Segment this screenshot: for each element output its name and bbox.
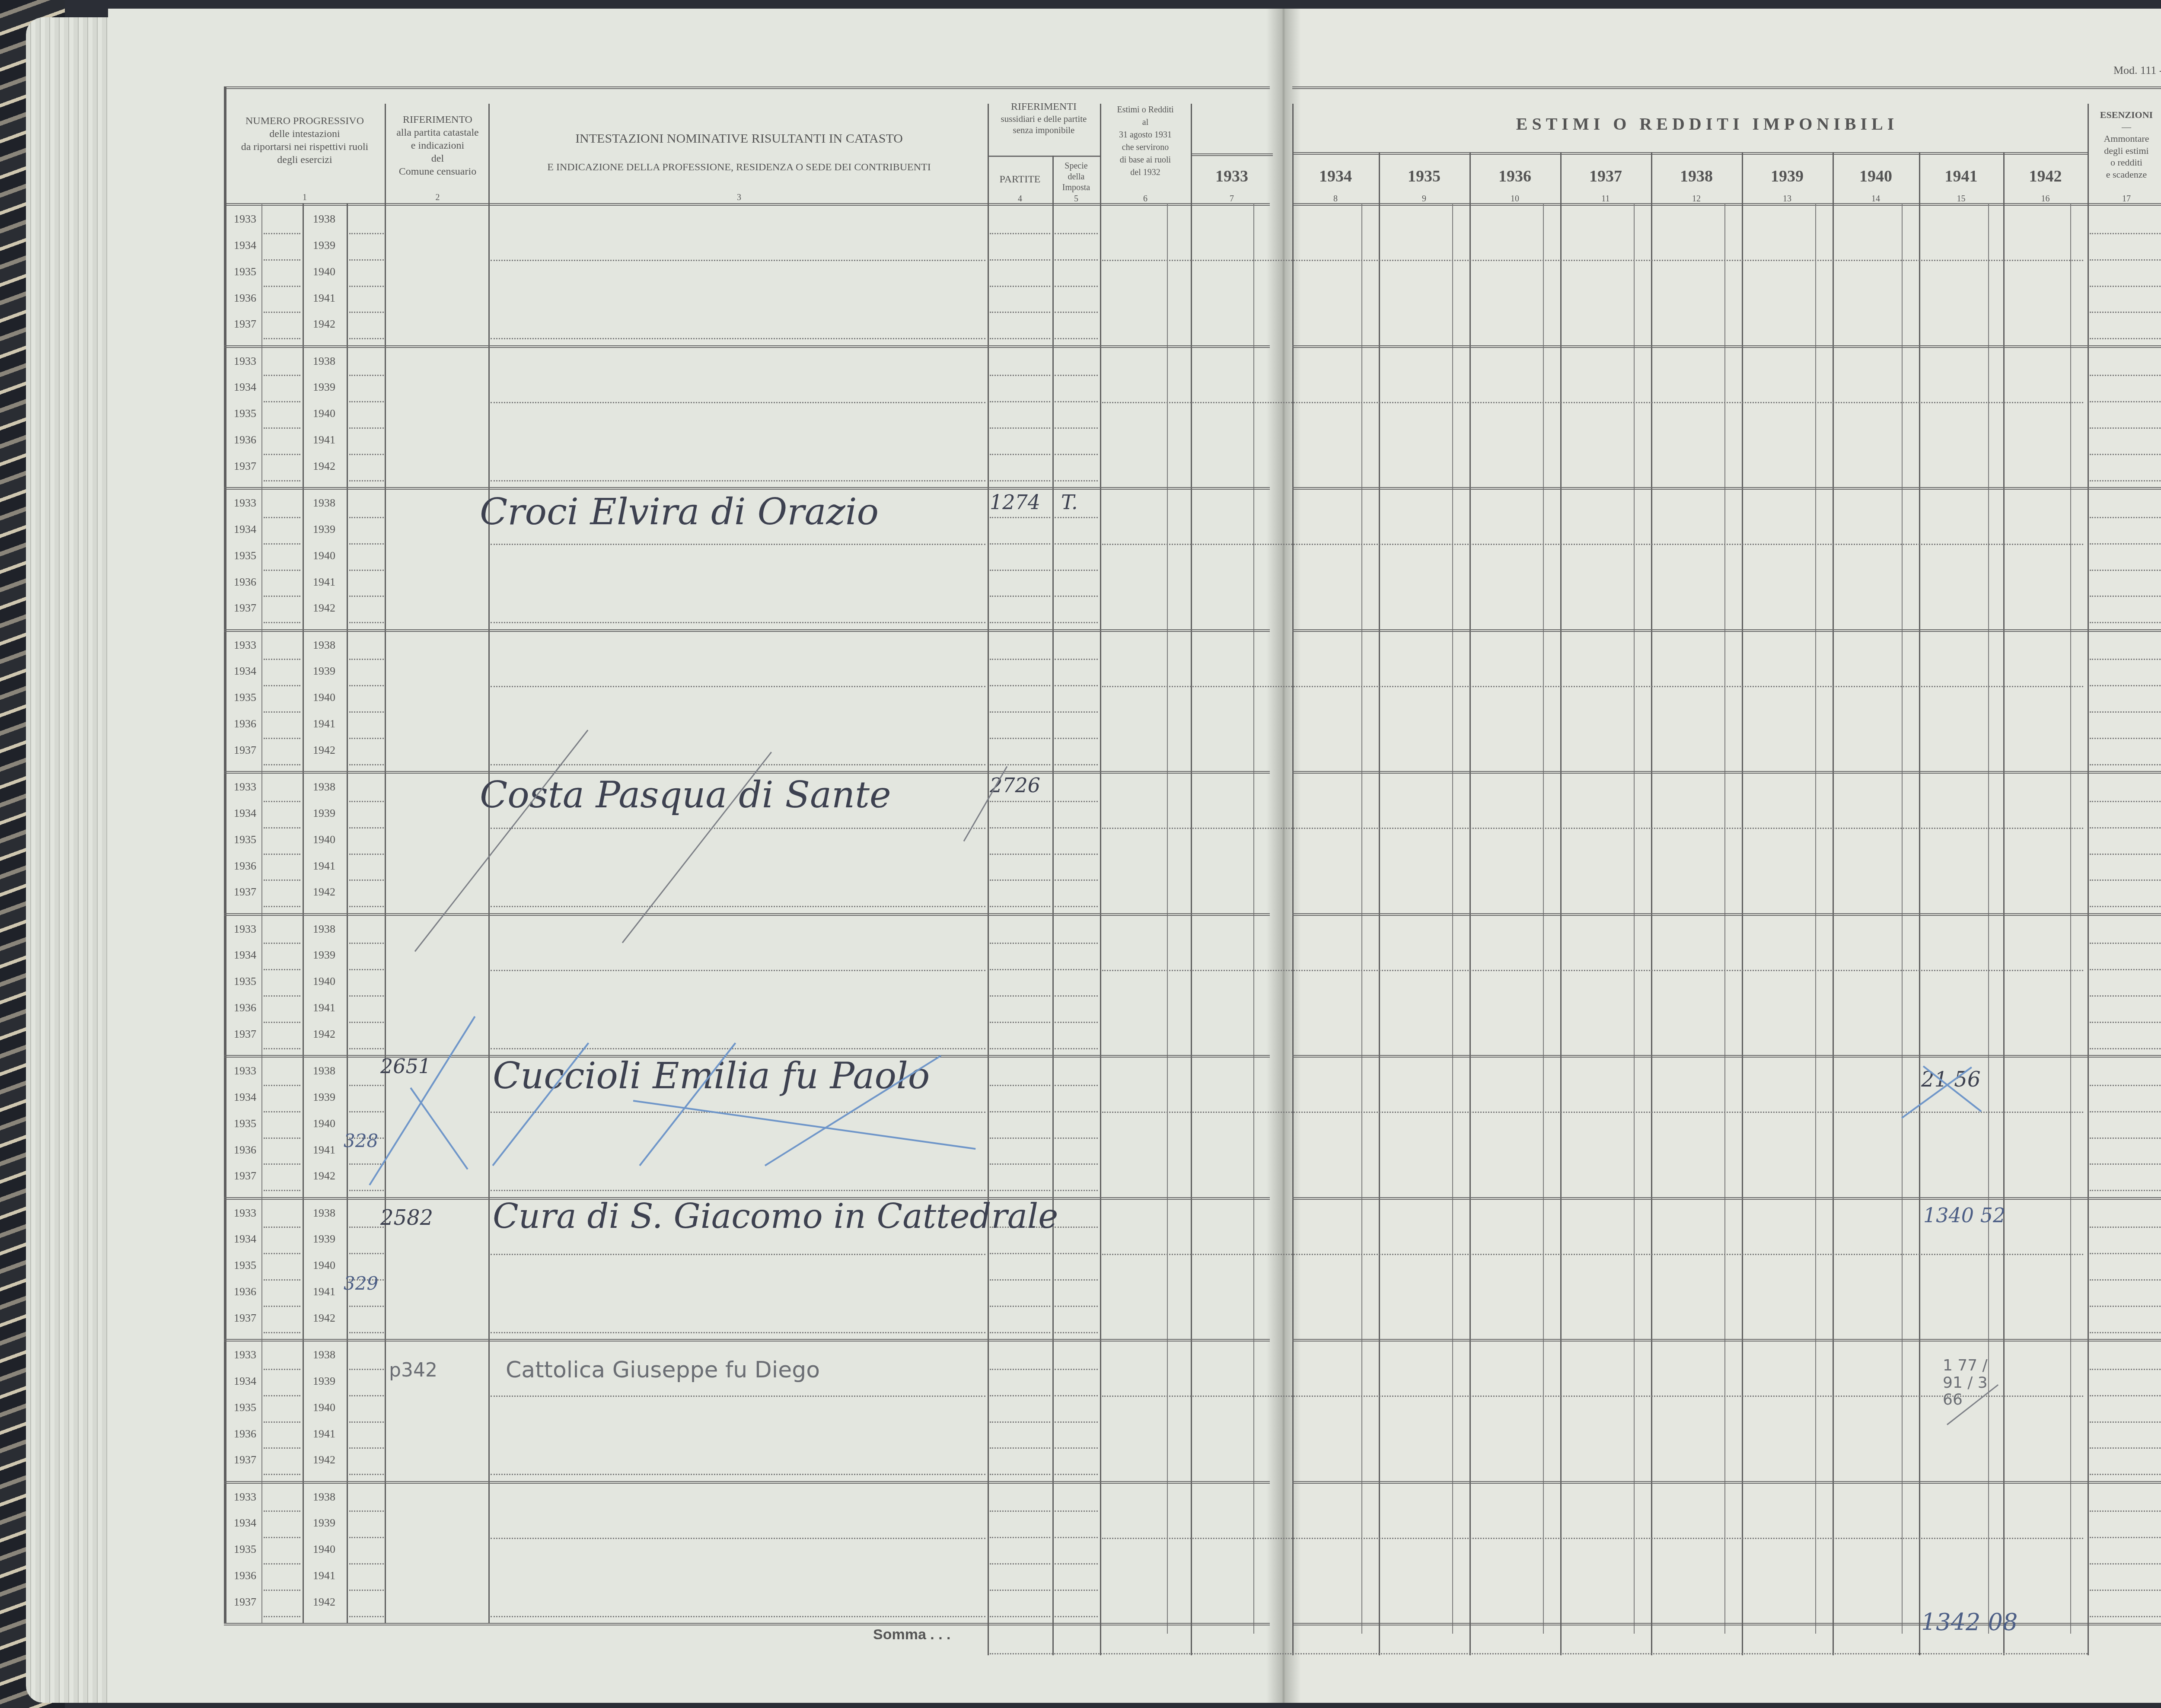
year-label: 1934: [226, 949, 265, 962]
entry-1941-cattolica: 1 77 / 91 / 3 66: [1943, 1357, 1995, 1408]
dotted-line: [1055, 764, 1098, 765]
dotted-line: [2090, 338, 2161, 339]
dotted-line: [264, 1279, 300, 1281]
dotted-line: [491, 906, 985, 907]
dotted-line: [2090, 879, 2161, 881]
entry-name-croci: Croci Elvira di Orazio: [480, 491, 879, 533]
dotted-line: [349, 1306, 384, 1307]
year-column-line: [1560, 152, 1562, 1623]
dotted-line: [2090, 286, 2161, 287]
dotted-line: [2090, 543, 2161, 545]
header-year-num: 16: [2003, 194, 2088, 204]
cents-column-line: [1634, 203, 1635, 1634]
row-separator: [1292, 913, 2161, 916]
entry-progressivo-cuccioli: 328: [344, 1130, 378, 1151]
header-col1-line: degli esercizi: [225, 153, 385, 166]
somma-column-line: [988, 1623, 989, 1655]
dotted-line: [264, 969, 300, 970]
subheader-rule: [1292, 152, 2088, 155]
dotted-line: [349, 1190, 384, 1191]
year-label: 1937: [226, 602, 265, 615]
year-label: 1939: [305, 523, 344, 536]
somma-column-line: [1919, 1623, 1920, 1655]
row-separator: [1292, 487, 2161, 490]
dotted-line: [2090, 570, 2161, 571]
dotted-line: [349, 969, 384, 970]
dotted-line: [1055, 995, 1098, 997]
dotted-line: [349, 1048, 384, 1049]
year-column-line: [2003, 152, 2005, 1623]
dotted-line: [1055, 827, 1098, 829]
dotted-line: [1055, 1085, 1098, 1086]
somma-1941-value: 1342 08: [1921, 1609, 2018, 1636]
header-col1: NUMERO PROGRESSIVO delle intestazioni da…: [225, 115, 385, 166]
year-label: 1938: [305, 923, 344, 936]
dotted-line: [349, 286, 384, 287]
dotted-line: [990, 1653, 2088, 1654]
dotted-line: [1102, 260, 2083, 261]
header-col45-title: RIFERIMENTI: [988, 100, 1100, 113]
year-label: 1940: [305, 833, 344, 846]
dotted-line: [349, 827, 384, 829]
year-label: 1933: [226, 1491, 265, 1504]
year-label: 1933: [226, 1064, 265, 1077]
year-label: 1941: [305, 576, 344, 589]
row-separator: [1292, 1055, 2161, 1058]
year-label: 1937: [226, 1028, 265, 1041]
row-separator: [1292, 1481, 2161, 1484]
dotted-line: [1055, 1590, 1098, 1591]
dotted-line: [264, 1022, 300, 1023]
dotted-line: [990, 233, 1050, 234]
header-col1-title: NUMERO PROGRESSIVO: [225, 115, 385, 127]
dotted-line: [1055, 427, 1098, 429]
header-year-1941: 1941: [1919, 166, 2003, 187]
dotted-line: [491, 260, 985, 261]
year-label: 1941: [305, 1285, 344, 1298]
dotted-line: [349, 233, 384, 234]
year-label: 1933: [226, 213, 265, 226]
dotted-line: [2090, 1537, 2161, 1538]
year-label: 1942: [305, 1453, 344, 1466]
dotted-line: [1055, 685, 1098, 686]
header-col2: RIFERIMENTO alla partita catastale e ind…: [387, 113, 488, 178]
dotted-line: [264, 738, 300, 739]
year-label: 1940: [305, 1117, 344, 1130]
header-col2-line: alla partita catastale: [387, 126, 488, 139]
dotted-line: [264, 764, 300, 765]
dotted-line: [990, 685, 1050, 686]
dotted-line: [491, 402, 985, 403]
year-label: 1941: [305, 1144, 344, 1157]
somma-column-line: [1560, 1623, 1562, 1655]
header-col6-line: che servirono: [1100, 141, 1191, 154]
year-label: 1938: [305, 1491, 344, 1504]
year-label: 1936: [226, 1569, 265, 1582]
header-col6-num: 6: [1100, 194, 1191, 204]
header-year-num: 14: [1833, 194, 1919, 204]
year-label: 1933: [226, 355, 265, 368]
dotted-line: [1055, 543, 1098, 545]
dotted-line: [349, 517, 384, 518]
dotted-line: [349, 1537, 384, 1538]
year-column-line: [1651, 152, 1652, 1623]
cents-column-line: [1253, 203, 1254, 1634]
dotted-line: [491, 1332, 985, 1333]
dotted-line: [990, 1590, 1050, 1591]
year-label: 1939: [305, 807, 344, 820]
dotted-line: [264, 1590, 300, 1591]
dotted-line: [990, 427, 1050, 429]
dotted-line: [2090, 480, 2161, 481]
row-separator: [1292, 345, 2161, 348]
header-col17-line: degli estimi: [2088, 145, 2161, 157]
row-separator: [1292, 1339, 2161, 1342]
dotted-line: [349, 685, 384, 686]
dotted-line: [1102, 1538, 2083, 1539]
dotted-line: [349, 1447, 384, 1449]
year-label: 1942: [305, 1169, 344, 1182]
dotted-line: [491, 622, 985, 623]
year-label: 1934: [226, 1375, 265, 1388]
somma-column-line: [1651, 1623, 1652, 1655]
dotted-line: [264, 1332, 300, 1333]
entry-name-cuccioli: Cuccioli Emilia fu Paolo: [493, 1055, 930, 1097]
table-bottom-border: [1292, 1623, 2161, 1625]
dotted-line: [349, 854, 384, 855]
dotted-line: [349, 1616, 384, 1617]
dotted-line: [1055, 1138, 1098, 1139]
row-separator: [224, 1339, 1270, 1342]
dotted-line: [264, 1421, 300, 1423]
dotted-line: [264, 1227, 300, 1228]
somma-column-line: [1742, 1623, 1743, 1655]
dotted-line: [264, 1085, 300, 1086]
dotted-line: [1055, 1447, 1098, 1449]
header-col6: Estimi o Redditi al 31 agosto 1931 che s…: [1100, 104, 1191, 179]
dotted-line: [2090, 1395, 2161, 1396]
dotted-line: [349, 711, 384, 713]
year-label: 1933: [226, 639, 265, 652]
year-label: 1940: [305, 407, 344, 420]
dotted-line: [491, 1254, 985, 1255]
year-label: 1937: [226, 460, 265, 473]
year-label: 1938: [305, 639, 344, 652]
dotted-line: [2090, 711, 2161, 713]
year-label: 1934: [226, 381, 265, 394]
dotted-line: [990, 596, 1050, 597]
year-label: 1938: [305, 355, 344, 368]
entry-partita-croci: 1274: [990, 491, 1040, 514]
year-label: 1933: [226, 923, 265, 936]
dotted-line: [1055, 1616, 1098, 1617]
year-label: 1941: [305, 1428, 344, 1440]
dotted-line: [491, 970, 985, 971]
dotted-line: [2090, 995, 2161, 997]
year-label: 1934: [226, 1517, 265, 1530]
dotted-line: [990, 1332, 1050, 1333]
dotted-line: [1055, 854, 1098, 855]
dotted-line: [990, 711, 1050, 713]
column-line: [1052, 156, 1054, 1623]
dotted-line: [1055, 454, 1098, 455]
row-separator: [224, 1481, 1270, 1484]
header-year-1935: 1935: [1379, 166, 1469, 187]
dotted-line: [2090, 1510, 2161, 1512]
subheader-rule: [988, 156, 1100, 157]
dotted-line: [491, 338, 985, 339]
dotted-line: [2090, 427, 2161, 429]
year-label: 1934: [226, 807, 265, 820]
year-label: 1939: [305, 665, 344, 678]
year-label: 1935: [226, 1543, 265, 1556]
year-column-line: [1469, 152, 1471, 1623]
year-label: 1934: [226, 523, 265, 536]
year-column-line: [1833, 152, 1834, 1623]
dotted-line: [349, 338, 384, 339]
dotted-line: [349, 454, 384, 455]
year-label: 1940: [305, 549, 344, 562]
dotted-line: [1055, 711, 1098, 713]
header-year-num: 15: [1919, 194, 2003, 204]
dotted-line: [2090, 1163, 2161, 1165]
year-label: 1940: [305, 975, 344, 988]
dotted-line: [349, 570, 384, 571]
dotted-line: [1055, 596, 1098, 597]
year-label: 1940: [305, 265, 344, 278]
dotted-line: [264, 454, 300, 455]
dotted-line: [2090, 738, 2161, 739]
header-col17-num: 17: [2088, 194, 2161, 204]
year-label: 1939: [305, 381, 344, 394]
dotted-line: [1055, 659, 1098, 660]
header-col5-line: della: [1052, 172, 1100, 182]
column-line: [1191, 104, 1192, 1623]
dotted-line: [990, 1138, 1050, 1139]
dotted-line: [349, 1510, 384, 1512]
row-separator: [224, 487, 1270, 490]
header-col6-line: del 1932: [1100, 166, 1191, 179]
dotted-line: [2090, 969, 2161, 970]
year-label: 1933: [226, 1348, 265, 1361]
year-label: 1941: [305, 1569, 344, 1582]
year-label: 1937: [226, 318, 265, 331]
dotted-line: [349, 1111, 384, 1112]
dotted-line: [1055, 943, 1098, 944]
year-label: 1935: [226, 1259, 265, 1272]
year-label: 1941: [305, 1001, 344, 1014]
dotted-line: [2090, 596, 2161, 597]
year-label: 1938: [305, 781, 344, 793]
dotted-line: [1055, 1048, 1098, 1049]
header-year-1936: 1936: [1469, 166, 1560, 187]
header-year-num: 8: [1292, 194, 1379, 204]
dotted-line: [990, 1510, 1050, 1512]
dotted-line: [990, 906, 1050, 907]
dotted-line: [2090, 259, 2161, 261]
year-label: 1938: [305, 1348, 344, 1361]
dotted-line: [264, 711, 300, 713]
header-col2-num: 2: [387, 192, 488, 203]
dotted-line: [1102, 402, 2083, 403]
dotted-line: [349, 1227, 384, 1228]
dotted-line: [1055, 1279, 1098, 1281]
dotted-line: [491, 1616, 985, 1617]
header-col1-line: delle intestazioni: [225, 127, 385, 140]
year-label: 1940: [305, 1543, 344, 1556]
dotted-line: [1055, 906, 1098, 907]
year-label: 1933: [226, 781, 265, 793]
dotted-line: [990, 1421, 1050, 1423]
dotted-line: [2090, 517, 2161, 518]
dotted-line: [1055, 879, 1098, 881]
year-label: 1936: [226, 717, 265, 730]
entry-progressivo-cura: 329: [344, 1273, 378, 1294]
year-label: 1936: [226, 292, 265, 305]
dotted-line: [990, 659, 1050, 660]
dotted-line: [2090, 1332, 2161, 1333]
year-label: 1937: [226, 1312, 265, 1325]
dotted-line: [990, 969, 1050, 970]
year-label: 1940: [305, 691, 344, 704]
header-estimi-title: ESTIMI O REDDITI IMPONIBILI: [1340, 113, 2075, 135]
dotted-line: [990, 1563, 1050, 1565]
somma-column-line: [1191, 1623, 1192, 1655]
dotted-line: [264, 543, 300, 545]
dotted-line: [990, 1279, 1050, 1281]
dotted-line: [264, 375, 300, 376]
dotted-line: [349, 596, 384, 597]
dotted-line: [990, 1616, 1050, 1617]
year-label: 1935: [226, 407, 265, 420]
row-separator: [1292, 1197, 2161, 1200]
dotted-line: [990, 480, 1050, 481]
dotted-line: [349, 879, 384, 881]
dotted-line: [1055, 375, 1098, 376]
dotted-line: [264, 854, 300, 855]
dotted-line: [1102, 828, 2083, 829]
dotted-line: [2090, 312, 2161, 313]
dotted-line: [1055, 480, 1098, 481]
dotted-line: [990, 312, 1050, 313]
header-year-1934: 1934: [1292, 166, 1379, 187]
dotted-line: [1055, 1537, 1098, 1538]
year-label: 1936: [226, 860, 265, 873]
dotted-line: [491, 764, 985, 765]
header-col2-line: e indicazioni: [387, 139, 488, 152]
cents-column-line: [1902, 203, 1903, 1634]
dotted-line: [2090, 1279, 2161, 1281]
dotted-line: [349, 943, 384, 944]
dotted-line: [349, 659, 384, 660]
dotted-line: [349, 259, 384, 261]
year-label: 1941: [305, 717, 344, 730]
dotted-line: [2090, 1190, 2161, 1191]
dotted-line: [990, 622, 1050, 623]
dotted-line: [349, 764, 384, 765]
dotted-line: [990, 543, 1050, 545]
year-label: 1936: [226, 1428, 265, 1440]
dotted-line: [990, 1163, 1050, 1165]
header-year-num: 11: [1560, 194, 1651, 204]
dotted-line: [349, 1563, 384, 1565]
dotted-line: [990, 1369, 1050, 1370]
dotted-line: [990, 338, 1050, 339]
dotted-line: [491, 1538, 985, 1539]
dotted-line: [264, 286, 300, 287]
year-label: 1935: [226, 975, 265, 988]
dotted-line: [2090, 454, 2161, 455]
row-separator: [224, 629, 1270, 632]
header-col17-dash: —: [2088, 121, 2161, 133]
subheader-rule: [1191, 153, 1273, 156]
ledger-page-right: [1284, 9, 2161, 1703]
dotted-line: [1102, 1254, 2083, 1255]
dotted-line: [1102, 686, 2083, 687]
somma-column-line: [1100, 1623, 1101, 1655]
header-year-1942: 1942: [2003, 166, 2088, 187]
dotted-line: [2090, 906, 2161, 907]
dotted-line: [990, 801, 1050, 802]
dotted-line: [264, 1048, 300, 1049]
dotted-line: [491, 1048, 985, 1049]
year-column-line: [1919, 152, 1920, 1623]
year-label: 1938: [305, 213, 344, 226]
dotted-line: [990, 1537, 1050, 1538]
dotted-line: [264, 943, 300, 944]
dotted-line: [1102, 1396, 2083, 1397]
dotted-line: [1055, 517, 1098, 518]
year-label: 1937: [226, 886, 265, 899]
dotted-line: [264, 1563, 300, 1565]
year-label: 1942: [305, 1596, 344, 1609]
header-year-num: 12: [1651, 194, 1742, 204]
dotted-line: [2090, 1369, 2161, 1370]
dotted-line: [990, 570, 1050, 571]
year-label: 1941: [305, 292, 344, 305]
header-col17-line: Ammontare: [2088, 133, 2161, 145]
column-line: [2088, 104, 2089, 1623]
dotted-line: [990, 1022, 1050, 1023]
dotted-line: [990, 943, 1050, 944]
dotted-line: [264, 338, 300, 339]
dotted-line: [349, 1332, 384, 1333]
dotted-line: [2090, 659, 2161, 660]
header-col2-line: del: [387, 152, 488, 165]
dotted-line: [1055, 259, 1098, 261]
dotted-line: [264, 906, 300, 907]
dotted-line: [349, 622, 384, 623]
dotted-line: [2090, 1306, 2161, 1307]
header-year-num: 9: [1379, 194, 1469, 204]
dotted-line: [2090, 375, 2161, 376]
somma-column-line: [1379, 1623, 1380, 1655]
dotted-line: [349, 1369, 384, 1370]
dotted-line: [1055, 1421, 1098, 1423]
year-label: 1935: [226, 549, 265, 562]
dotted-line: [264, 995, 300, 997]
dotted-line: [2090, 1253, 2161, 1254]
year-label: 1935: [226, 1117, 265, 1130]
dotted-line: [264, 1447, 300, 1449]
dotted-line: [1055, 1190, 1098, 1191]
dotted-line: [2090, 1447, 2161, 1449]
dotted-line: [2090, 801, 2161, 802]
dotted-line: [349, 1022, 384, 1023]
dotted-line: [264, 827, 300, 829]
dotted-line: [990, 854, 1050, 855]
year-label: 1934: [226, 1233, 265, 1246]
